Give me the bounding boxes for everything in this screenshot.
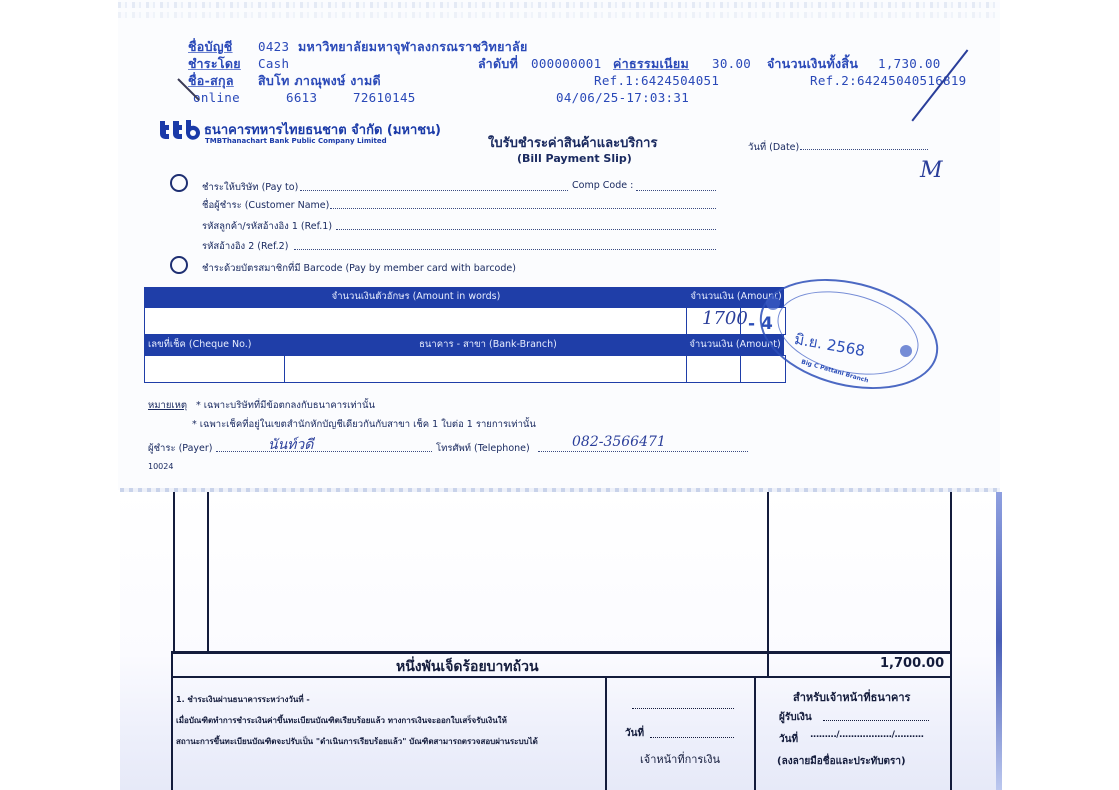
slip-title-en: (Bill Payment Slip) [517, 152, 632, 165]
table-line [171, 676, 952, 678]
ref1-field[interactable] [336, 229, 716, 230]
transaction-datetime: 04/06/25-17:03:31 [556, 90, 689, 105]
table-line [605, 678, 607, 790]
total-label: จำนวนเงินทั้งสิ้น [767, 54, 858, 74]
stamp-emblem-icon [766, 296, 780, 310]
amount-field-2[interactable] [686, 355, 742, 383]
pay-to-label: ชำระให้บริษัท (Pay to) [202, 180, 298, 195]
ref1-value: Ref.1:6424504051 [594, 73, 719, 88]
table-line [207, 492, 209, 652]
name-label: ชื่อ-สกุล [188, 71, 234, 91]
barcode-radio[interactable] [170, 256, 188, 274]
finance-signature-field[interactable] [632, 708, 734, 709]
stamp-emblem-icon [900, 345, 912, 357]
customer-name-label: ชื่อผู้ชำระ (Customer Name) [202, 198, 329, 213]
paid-by-value: Cash [258, 56, 289, 71]
table-line [173, 492, 175, 652]
amount-satang-field-2[interactable] [740, 355, 786, 383]
bank-date-label: วันที่ [779, 732, 798, 747]
sheet-edge-shadow [996, 492, 1002, 790]
telephone-field[interactable] [538, 451, 748, 452]
telephone-value: 082-3566471 [572, 434, 666, 450]
bank-officer-title: สำหรับเจ้าหน้าที่ธนาคาร [793, 688, 910, 706]
finance-officer-label: เจ้าหน้าที่การเงิน [640, 750, 720, 768]
note-2: * เฉพาะเช็คที่อยู่ในเขตสำนักหักบัญชีเดีย… [192, 417, 536, 432]
form-number: 10024 [148, 462, 173, 471]
bank-branch-field[interactable] [284, 355, 688, 383]
fee-label: ค่าธรรมเนียม [613, 54, 689, 74]
telephone-label: โทรศัพท์ (Telephone) [436, 441, 530, 456]
fee-value: 30.00 [712, 56, 751, 71]
total-value: 1,730.00 [878, 56, 941, 71]
ref2-field[interactable] [294, 249, 716, 250]
paper-texture [118, 2, 1000, 8]
cheque-no-field[interactable] [144, 355, 286, 383]
stamp-day: - 4 [748, 314, 773, 334]
finance-date-label: วันที่ [625, 726, 644, 741]
account-code: 0423 [258, 39, 289, 54]
amount-handwritten: 1700 [702, 308, 748, 329]
table-line [171, 651, 952, 654]
receiver-field[interactable] [823, 720, 929, 721]
bank-date-field[interactable]: ........./................../.......... [810, 730, 924, 740]
ref1-label: รหัสลูกค้า/รหัสอ้างอิง 1 (Ref.1) [202, 219, 332, 234]
date-field[interactable] [800, 149, 928, 150]
note-label: หมายเหตุ [148, 398, 187, 413]
payer-field[interactable] [216, 451, 432, 452]
pay-to-radio[interactable] [170, 174, 188, 192]
ttb-logo-icon [157, 119, 203, 141]
payer-label: ผู้ชำระ (Payer) [148, 441, 212, 456]
amount-in-words: หนึ่งพันเจ็ดร้อยบาทถ้วน [396, 656, 539, 678]
amount-total: 1,700.00 [880, 656, 944, 671]
terminal-id: 72610145 [353, 90, 416, 105]
ref2-label: รหัสอ้างอิง 2 (Ref.2) [202, 239, 288, 254]
table-line [754, 678, 756, 790]
cheque-header: เลขที่เช็ค (Cheque No.) [144, 335, 290, 355]
comp-code-field[interactable] [636, 190, 716, 191]
paper-texture [118, 12, 1000, 18]
tear-edge [120, 488, 1000, 492]
payer-signature: นันท์วดี [268, 434, 313, 456]
barcode-label: ชำระด้วยบัตรสมาชิกที่มี Barcode (Pay by … [202, 261, 516, 276]
amount-words-field[interactable] [144, 307, 688, 335]
table-line [950, 492, 952, 790]
sequence-label: ลำดับที่ [478, 54, 518, 74]
bank-name-en: TMBThanachart Bank Public Company Limite… [205, 137, 387, 145]
initial-mark: M [920, 158, 943, 183]
payment-note-2: เมื่อบัณฑิตทำการชำระเงินค่าขึ้นทะเบียนบั… [176, 714, 507, 727]
payment-note-3: สถานะการขึ้นทะเบียนบัณฑิตจะปรับเป็น "ดำเ… [176, 735, 538, 748]
bank-branch-header: ธนาคาร - สาขา (Bank-Branch) [290, 335, 686, 355]
branch-code: 6613 [286, 90, 317, 105]
channel: online [193, 90, 240, 105]
pay-to-field[interactable] [300, 190, 568, 191]
sign-stamp-label: (ลงลายมือชื่อและประทับตรา) [777, 754, 906, 769]
receiver-label: ผู้รับเงิน [779, 710, 812, 725]
date-label: วันที่ (Date) [748, 140, 799, 155]
customer-name-field[interactable] [330, 208, 716, 209]
slip-title-th: ใบรับชำระค่าสินค้าและบริการ [488, 132, 657, 153]
table-line [171, 652, 173, 790]
note-1: * เฉพาะบริษัทที่มีข้อตกลงกับธนาคารเท่านั… [196, 398, 375, 413]
comp-code-label: Comp Code : [572, 180, 633, 191]
ttb-logo [157, 119, 203, 145]
finance-date-field[interactable] [650, 737, 734, 738]
sequence-number: 000000001 [531, 56, 601, 71]
name-value: สิบโท ภาณุพงษ์ งามดี [258, 71, 381, 91]
payment-note-1: 1. ชำระเงินผ่านธนาคารระหว่างวันที่ - [176, 693, 310, 706]
amount-words-header: จำนวนเงินตัวอักษร (Amount in words) [144, 287, 688, 307]
